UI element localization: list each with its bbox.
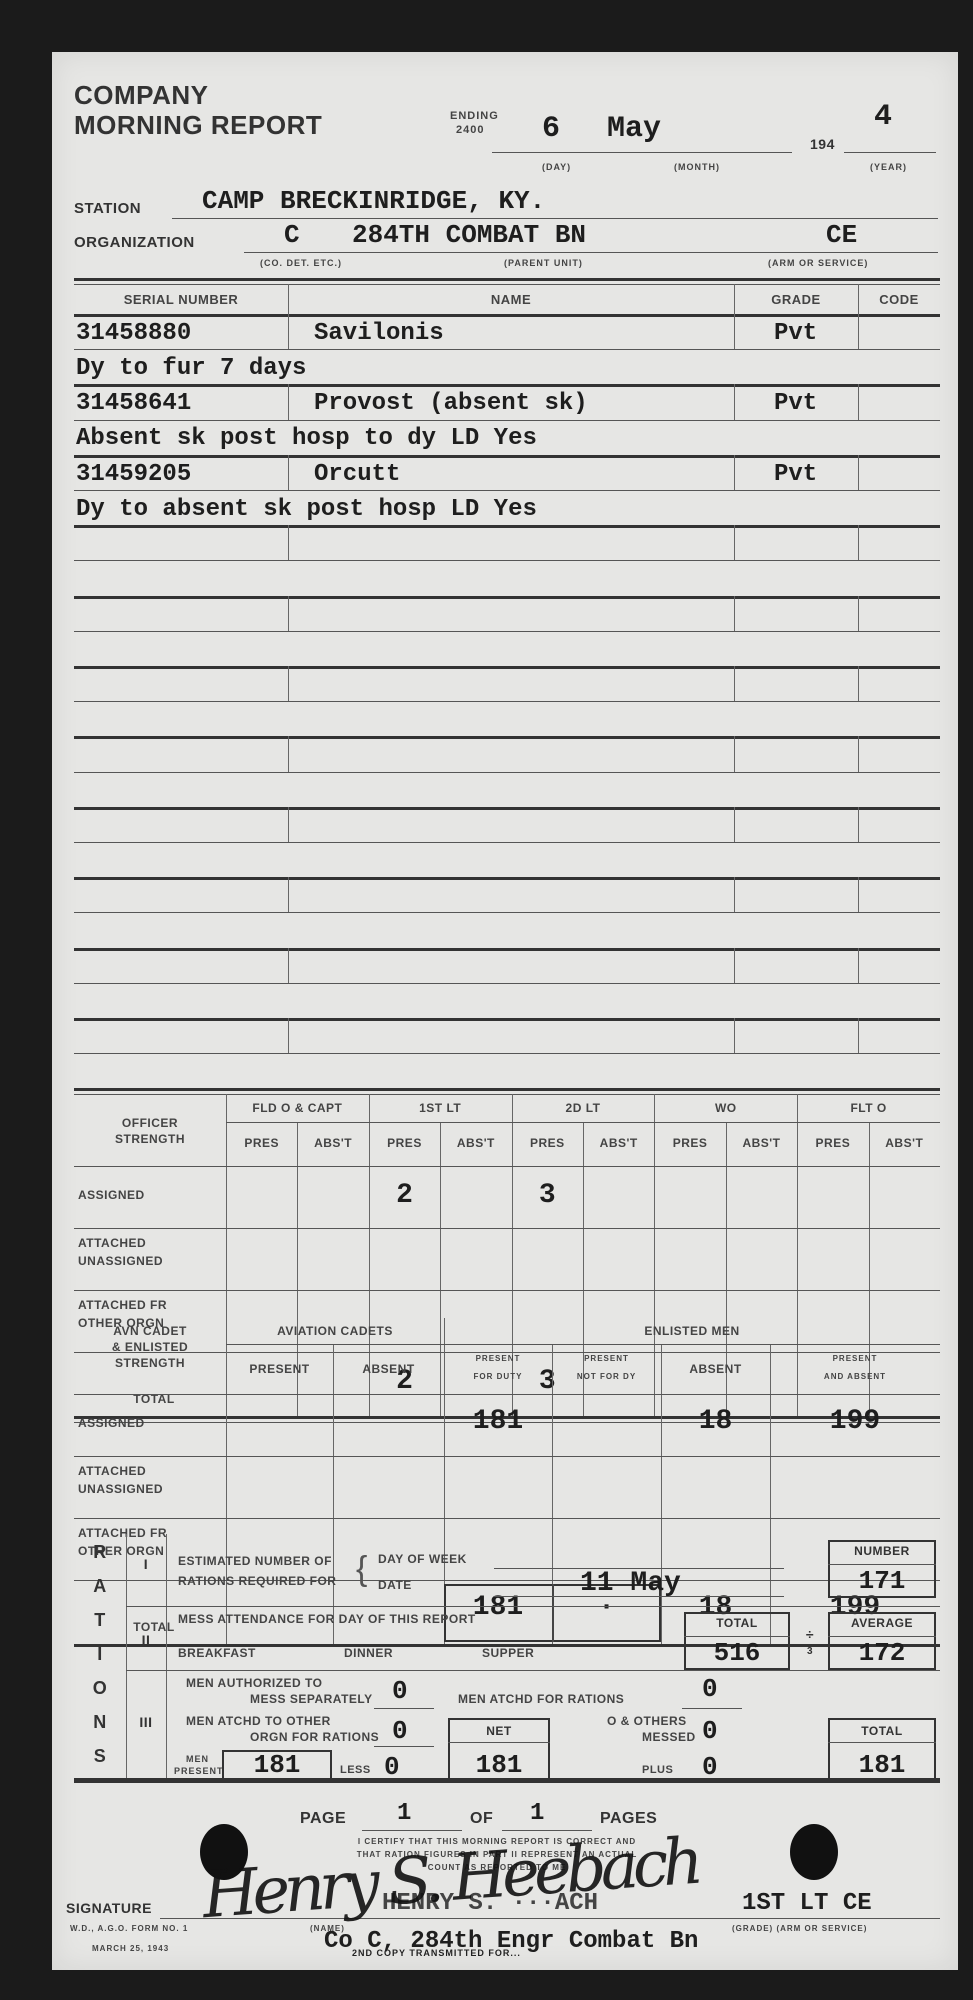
copy-stamp: 2ND COPY TRANSMITTED FOR... (352, 1948, 521, 1958)
absent-subheader: ABS'T (440, 1136, 511, 1150)
station-label: STATION (74, 200, 141, 217)
page-number: 1 (397, 1800, 411, 1827)
column-header-name: NAME (288, 292, 734, 307)
form-title-line2: MORNING REPORT (74, 110, 322, 141)
rations-side-letter: O (74, 1678, 126, 1699)
absent-subheader: ABS'T (297, 1136, 368, 1150)
absent-subheader: ABS'T (726, 1136, 797, 1150)
officer-count-cell: 2 (369, 1180, 440, 1211)
enlisted-col-subheader: NOT FOR DY (552, 1372, 661, 1381)
officer-group-header: WO (654, 1101, 797, 1115)
rations-total-value: 181 (828, 1750, 936, 1780)
rations-side-letter: S (74, 1746, 126, 1767)
serial-number: 31459205 (76, 461, 191, 488)
soldier-grade: Pvt (774, 320, 817, 347)
rations-side-letter: R (74, 1542, 126, 1563)
mess-attendance-label: MESS ATTENDANCE FOR DAY OF THIS REPORT (178, 1612, 476, 1626)
officer-row-label: ATTACHED FR (78, 1298, 230, 1312)
absent-subheader: ABS'T (583, 1136, 654, 1150)
supper-label: SUPPER (482, 1646, 534, 1660)
report-month: May (607, 112, 661, 146)
present-subheader: PRES (797, 1136, 868, 1150)
men-present-value: 181 (222, 1750, 332, 1780)
atchd-other-label2: ORGN FOR RATIONS (250, 1730, 379, 1744)
others-messed-label1: O & OTHERS (607, 1714, 687, 1728)
soldier-name: Orcutt (314, 461, 400, 488)
brace-icon: { (356, 1550, 367, 1589)
divide-by: 3 (792, 1646, 828, 1657)
enlisted-strength-title3: STRENGTH (74, 1356, 226, 1370)
form-title-line1: COMPANY (74, 80, 208, 111)
officer-grade-arm: 1ST LT CE (742, 1890, 872, 1917)
rations-side-letter: I (74, 1644, 126, 1665)
remark-line: Absent sk post hosp to dy LD Yes (76, 425, 537, 452)
auth-mess-value: 0 (392, 1676, 408, 1706)
morning-report-form: COMPANY MORNING REPORT ENDING 2400 6 May… (52, 52, 958, 1970)
part-i-numeral: I (126, 1556, 166, 1572)
rations-date-value: 11 May (580, 1568, 681, 1599)
page-label: PAGE (300, 1810, 346, 1828)
atchd-rations-value: 0 (702, 1674, 718, 1704)
roster-entry: 31458641Provost (absent sk)PvtAbsent sk … (52, 384, 958, 454)
net-label: NET (448, 1724, 550, 1738)
others-messed-value: 0 (702, 1716, 718, 1746)
enlisted-col-header: ABSENT (661, 1362, 770, 1376)
binder-hole-right (790, 1824, 838, 1880)
officer-group-header: FLT O (797, 1101, 940, 1115)
enlisted-col-header: PRESENT (770, 1354, 940, 1363)
plus-value: 0 (702, 1752, 718, 1782)
arm-caption: (ARM OR SERVICE) (768, 258, 868, 268)
officer-count-cell: 3 (512, 1180, 583, 1211)
rations-side-letter: T (74, 1610, 126, 1631)
dinner-label: DINNER (344, 1646, 393, 1660)
column-header-code: CODE (858, 292, 940, 307)
rations-total-label: TOTAL (828, 1724, 936, 1738)
present-subheader: PRES (512, 1136, 583, 1150)
form-date: MARCH 25, 1943 (92, 1944, 169, 1953)
serial-number: 31458880 (76, 320, 191, 347)
company-caption: (CO. DET. ETC.) (260, 258, 342, 268)
enlisted-count-cell: 199 (770, 1406, 940, 1437)
officer-strength-title2: STRENGTH (74, 1132, 226, 1146)
present-subheader: PRES (369, 1136, 440, 1150)
officer-row-label: ATTACHED (78, 1236, 230, 1250)
atchd-rations-label: MEN ATCHD FOR RATIONS (458, 1692, 624, 1706)
breakfast-label: BREAKFAST (178, 1646, 256, 1660)
grade-caption: (GRADE) (ARM OR SERVICE) (732, 1924, 867, 1933)
present-subheader: PRES (226, 1136, 297, 1150)
enlisted-row-label2: UNASSIGNED (78, 1482, 163, 1496)
rations-side-letter: N (74, 1712, 126, 1733)
part-iii-numeral: III (126, 1714, 166, 1730)
org-arm-service: CE (826, 220, 857, 250)
enlisted-col-subheader: FOR DUTY (444, 1372, 552, 1381)
column-header-grade: GRADE (734, 292, 858, 307)
men-present-label1: MEN (186, 1754, 209, 1764)
form-number: W.D., A.G.O. FORM NO. 1 (70, 1924, 188, 1933)
mess-total-label: TOTAL (684, 1616, 790, 1630)
men-present-label2: PRESENT (174, 1766, 224, 1776)
soldier-name: Provost (absent sk) (314, 390, 588, 417)
roster-entry: 31458880SavilonisPvtDy to fur 7 days (52, 314, 958, 384)
station-value: CAMP BRECKINRIDGE, KY. (202, 186, 545, 216)
absent-subheader: ABS'T (869, 1136, 940, 1150)
column-header-serial: SERIAL NUMBER (74, 292, 288, 307)
officer-strength-title: OFFICER (74, 1116, 226, 1130)
enlisted-col-header: PRESENT (552, 1354, 661, 1363)
day-caption: (DAY) (542, 162, 571, 172)
soldier-grade: Pvt (774, 390, 817, 417)
officer-row-label: ASSIGNED (78, 1188, 230, 1202)
ending-label: ENDING (450, 110, 499, 122)
organization-label: ORGANIZATION (74, 234, 195, 251)
month-caption: (MONTH) (674, 162, 720, 172)
enlisted-row-label: ASSIGNED (78, 1416, 230, 1430)
officer-group-header: 1ST LT (369, 1101, 512, 1115)
officer-count-cell: 3 (512, 1366, 583, 1397)
officer-group-header: FLD O & CAPT (226, 1101, 369, 1115)
average-label: AVERAGE (828, 1616, 936, 1630)
serial-number: 31458641 (76, 390, 191, 417)
remark-line: Dy to absent sk post hosp LD Yes (76, 496, 537, 523)
of-label: OF (470, 1810, 493, 1828)
roster-entry: 31459205OrcuttPvtDy to absent sk post ho… (52, 455, 958, 525)
rations-estimate-label1: ESTIMATED NUMBER OF (178, 1554, 332, 1568)
enlisted-row-label: ATTACHED (78, 1464, 230, 1478)
rations-side-letter: A (74, 1576, 126, 1597)
enlisted-col-header: PRESENT (226, 1362, 333, 1376)
year-prefix: 194 (810, 136, 835, 152)
day-of-week-label: DAY OF WEEK (378, 1552, 467, 1566)
net-value: 181 (448, 1750, 550, 1780)
officer-row-label2: UNASSIGNED (78, 1254, 163, 1268)
enlisted-row-label: ATTACHED FR (78, 1526, 230, 1540)
number-label: NUMBER (828, 1544, 936, 1558)
rations-estimate-label2: RATIONS REQUIRED FOR (178, 1574, 336, 1588)
enlisted-col-header: PRESENT (444, 1354, 552, 1363)
atchd-other-label1: MEN ATCHD TO OTHER (186, 1714, 331, 1728)
average-value: 172 (828, 1638, 936, 1668)
officer-group-header: 2D LT (512, 1101, 655, 1115)
enlisted-col-header: ABSENT (333, 1362, 444, 1376)
atchd-other-value: 0 (392, 1716, 408, 1746)
pages-label: PAGES (600, 1810, 657, 1828)
divide-sign: ÷ (792, 1626, 828, 1642)
date-label: DATE (378, 1578, 412, 1592)
soldier-name: Savilonis (314, 320, 444, 347)
part-ii-numeral: II (126, 1632, 166, 1648)
enlisted-count-cell: 181 (444, 1406, 552, 1437)
ending-time: 2400 (456, 124, 484, 136)
auth-mess-label2: MESS SEPARATELY (250, 1692, 373, 1706)
enlisted-strength-title2: & ENLISTED (74, 1340, 226, 1354)
plus-label: PLUS (642, 1764, 673, 1776)
ration-number-value: 171 (828, 1566, 936, 1596)
aviation-cadets-header: AVIATION CADETS (226, 1324, 444, 1338)
remark-line: Dy to fur 7 days (76, 355, 306, 382)
soldier-grade: Pvt (774, 461, 817, 488)
total-pages: 1 (530, 1800, 544, 1827)
enlisted-count-cell: 18 (661, 1406, 770, 1437)
less-value: 0 (384, 1752, 400, 1782)
org-parent-unit: 284TH COMBAT BN (352, 220, 586, 250)
enlisted-strength-title1: AVN CADET (74, 1324, 226, 1338)
less-label: LESS (340, 1764, 371, 1776)
year-caption: (YEAR) (870, 162, 907, 172)
report-day: 6 (542, 112, 560, 146)
enlisted-col-subheader: AND ABSENT (770, 1372, 940, 1381)
auth-mess-label1: MEN AUTHORIZED TO (186, 1676, 323, 1690)
signature-label: SIGNATURE (66, 1900, 152, 1916)
present-subheader: PRES (654, 1136, 725, 1150)
org-company: C (284, 220, 300, 250)
others-messed-label2: MESSED (642, 1730, 696, 1744)
parent-caption: (PARENT UNIT) (504, 258, 583, 268)
mess-total-value: 516 (684, 1638, 790, 1668)
report-year-digit: 4 (874, 100, 892, 134)
enlisted-men-header: ENLISTED MEN (444, 1324, 940, 1338)
